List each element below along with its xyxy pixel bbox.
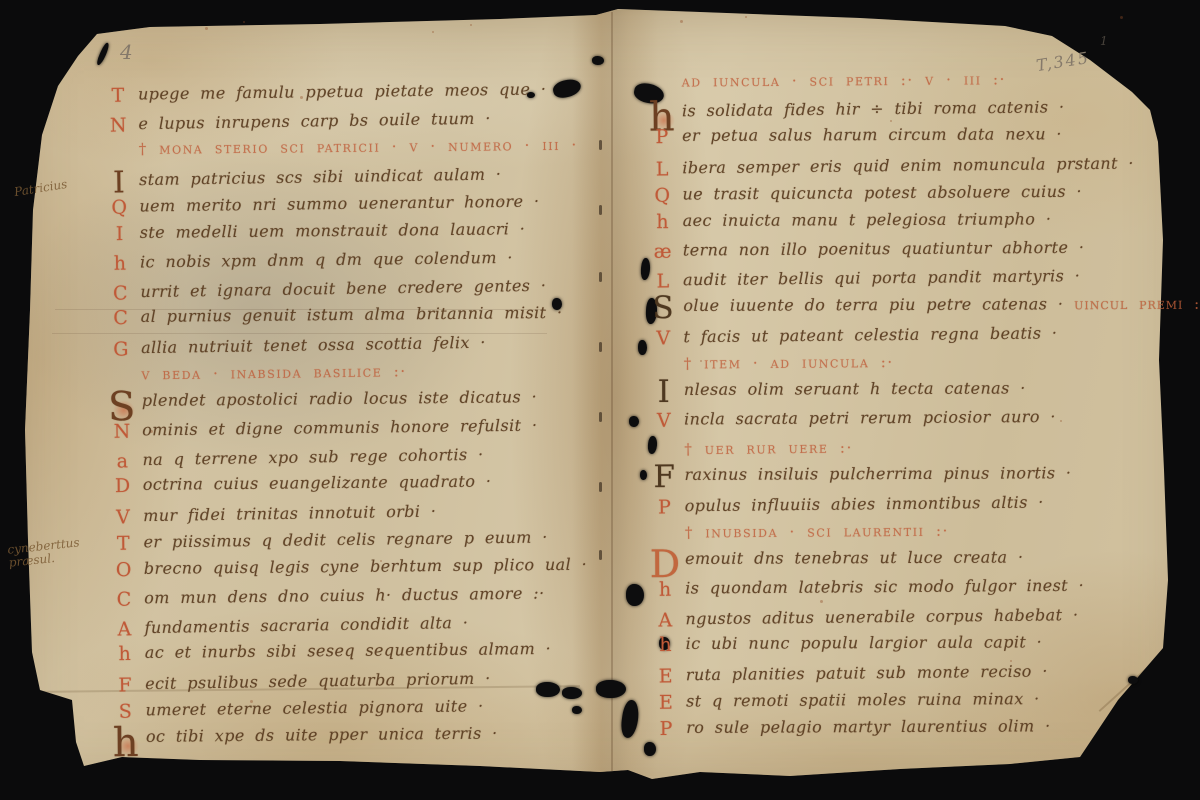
verse-text: ste medelli uem monstrauit dona lauacri …: [140, 219, 526, 242]
verse-text: er petua salus harum circum data nexu ·: [682, 125, 1062, 146]
verse-text: ic ubi nunc populu largior aula capit ·: [686, 632, 1043, 653]
rubric-line: † item · ad iuncula :·: [648, 350, 1153, 382]
stain-speck: [1120, 16, 1123, 19]
corner-numeral: 1: [1100, 34, 1108, 48]
versal-initial: h: [109, 645, 141, 664]
right-page-text: ad iuncula · sci petri :· v · iii :·his …: [646, 68, 1156, 748]
folio-number: 4: [120, 40, 133, 64]
parchment-hole: [638, 340, 647, 355]
verse-text: t facis ut pateant celestia regna beatis…: [683, 323, 1057, 346]
parchment-hole: [596, 680, 626, 698]
verse-text: uem merito nri summo uenerantur honore ·: [139, 192, 539, 216]
verse-text: emouit dns tenebras ut luce creata ·: [685, 548, 1023, 568]
versal-initial: h: [649, 581, 681, 600]
left-page-text: Tupege me famulu ppetua pietate meos que…: [102, 79, 580, 757]
stitch-slit: [599, 550, 602, 560]
verse-text: opulus influuiis abies inmontibus altis …: [685, 492, 1044, 515]
verse-text: om mun dens dno cuius h· ductus amore :·: [144, 584, 545, 608]
versal-initial: a: [106, 452, 138, 472]
verse-text: ue trasit quicuncta potest absoluere cui…: [682, 181, 1082, 203]
verse-line: Inlesas olim seruant h tecta catenas ·: [648, 378, 1153, 408]
versal-initial: P: [646, 128, 678, 147]
verse-line: Cal purnius genuit istum alma britannia …: [105, 303, 575, 336]
verse-text: ngustos aditus uenerabile corpus habebat…: [685, 605, 1078, 628]
versal-initial: D: [649, 545, 681, 583]
verse-text: aec inuicta manu t pelegiosa triumpho ·: [683, 209, 1052, 230]
versal-initial: C: [105, 309, 137, 328]
rubric-text: † uer rur uere :·: [684, 439, 853, 459]
versal-initial: P: [649, 498, 681, 517]
verse-line: Obrecno quisq legis cyne berhtum sup pli…: [108, 555, 578, 588]
verse-text: ro sule pelagio martyr laurentius olim ·: [686, 717, 1050, 738]
versal-initial: O: [108, 561, 140, 580]
verse-text: ecit psulibus sede quaturba priorum ·: [145, 669, 491, 693]
verse-text: umeret eterne celestia pignora uite ·: [145, 696, 483, 719]
rubric-line: † mona sterio sci patricii · v · numero …: [103, 135, 573, 168]
rubric-text: † inubsida · sci laurentii :·: [685, 522, 949, 542]
versal-initial: I: [103, 168, 135, 198]
versal-initial: Q: [646, 186, 678, 205]
verse-text: ac et inurbs sibi seseq sequentibus alma…: [145, 639, 551, 662]
verse-line: Vincla sacrata petri rerum pciosior auro…: [648, 406, 1153, 438]
parchment-hole: [626, 584, 644, 606]
verse-text: olue iuuente do terra piu petre catenas …: [683, 294, 1063, 315]
verse-line: Que trasit quicuncta potest absoluere cu…: [646, 181, 1151, 213]
versal-initial: Q: [103, 198, 135, 217]
verse-text: st q remoti spatii moles ruina minax ·: [686, 689, 1040, 710]
verse-line: Iste medelli uem monstrauit dona lauacri…: [104, 219, 574, 252]
verse-text: oc tibi xpe ds uite pper unica terris ·: [146, 724, 498, 746]
verse-text: ic nobis xpm dnm q dm que colendum ·: [140, 248, 513, 272]
verse-text: plendet apostolici radio locus iste dica…: [142, 387, 537, 410]
versal-initial: C: [108, 590, 140, 609]
verse-text: is solidata fides hir ÷ tibi roma cateni…: [682, 97, 1065, 120]
fold-line: [611, 12, 613, 774]
verse-line: hoc tibi xpe ds uite pper unica terris ·: [110, 723, 580, 756]
versal-initial: h: [110, 723, 142, 763]
versal-initial: N: [102, 116, 134, 136]
stitch-slit: [599, 482, 602, 492]
versal-initial: T: [102, 87, 134, 106]
verse-text: raxinus insiluis pulcherrima pinus inort…: [684, 463, 1071, 484]
verse-line: Splendet apostolici radio locus iste dic…: [106, 387, 576, 420]
versal-initial: æ: [647, 243, 679, 262]
verse-line: hic ubi nunc populu largior aula capit ·: [650, 632, 1155, 662]
verse-text: mur fidei trinitas innotuit orbi ·: [143, 502, 436, 526]
versal-initial: I: [104, 225, 136, 244]
parchment-hole: [640, 470, 647, 480]
versal-initial: h: [647, 213, 679, 232]
versal-initial: N: [106, 422, 138, 441]
verse-line: hac et inurbs sibi seseq sequentibus alm…: [109, 639, 579, 672]
stain-speck: [243, 21, 245, 23]
manuscript-photo: Tupege me famulu ppetua pietate meos que…: [0, 0, 1200, 800]
versal-initial: E: [650, 667, 682, 686]
versal-initial: L: [646, 160, 678, 179]
stitch-slit: [599, 272, 602, 282]
stitch-slit: [599, 140, 602, 150]
versal-initial: V: [648, 412, 680, 431]
versal-initial: V: [647, 329, 679, 348]
verse-line: haec inuicta manu t pelegiosa triumpho ·: [647, 209, 1152, 239]
versal-initial: F: [109, 676, 141, 696]
stitch-slit: [599, 205, 602, 215]
verse-line: his quondam latebris sic modo fulgor ine…: [649, 576, 1154, 608]
versal-initial: T: [107, 534, 139, 553]
versal-initial: D: [107, 477, 139, 496]
verse-text: ominis et digne communis honore refulsit…: [142, 416, 538, 440]
verse-text: brecno quisq legis cyne berhtum sup plic…: [144, 555, 587, 578]
verse-line: Fraxinus insiluis pulcherrima pinus inor…: [648, 463, 1153, 493]
stitch-slit: [599, 412, 602, 422]
versal-initial: S: [109, 702, 141, 721]
verse-line: Doctrina cuius euangelizante quadrato ·: [107, 471, 577, 504]
verse-text: upege me famulu ppetua pietate meos que …: [138, 79, 546, 103]
verse-line: Demouit dns tenebras ut luce creata ·: [649, 547, 1154, 577]
verse-line: Pro sule pelagio martyr laurentius olim …: [650, 716, 1155, 746]
verse-text: e lupus inrupens carp bs ouile tuum ·: [138, 109, 491, 134]
rubric-text: ad iuncula · sci petri :· v · iii :·: [682, 70, 1006, 90]
verse-text: audit iter bellis qui porta pandit marty…: [683, 266, 1080, 289]
verse-text: er piissimus q dedit celis regnare p euu…: [143, 527, 547, 551]
inline-rubric-text: uincul premi :·: [1063, 294, 1200, 313]
versal-initial: F: [648, 462, 680, 493]
versal-initial: P: [650, 720, 682, 739]
stitch-slit: [599, 342, 602, 352]
verse-line: Per petua salus harum circum data nexu ·: [646, 124, 1151, 154]
verse-text: is quondam latebris sic modo fulgor ines…: [685, 576, 1084, 598]
rubric-text: † mona sterio sci patricii · v · numero …: [139, 136, 578, 158]
versal-initial: h: [104, 254, 136, 273]
versal-initial: h: [650, 636, 682, 655]
rubric-text: v beda · inabsida basilice :·: [141, 362, 406, 383]
verse-text: ibera semper eris quid enim nomuncula pr…: [682, 153, 1134, 177]
versal-initial: C: [104, 284, 136, 304]
versal-initial: A: [649, 611, 681, 630]
versal-initial: G: [105, 340, 137, 360]
parchment-hole: [592, 56, 604, 65]
verse-text: incla sacrata petri rerum pciosior auro …: [684, 407, 1056, 429]
rubric-line: † inubsida · sci laurentii :·: [649, 519, 1154, 551]
verse-text: ruta planities patuit sub monte reciso ·: [686, 661, 1048, 684]
verse-text: terna non illo poenitus quatiuntur abhor…: [683, 238, 1085, 260]
versal-initial: E: [650, 694, 682, 713]
verse-line: Solue iuuente do terra piu petre catenas…: [647, 293, 1152, 323]
versal-initial: V: [107, 508, 139, 528]
versal-initial: S: [647, 292, 679, 323]
rubric-text: † item · ad iuncula :·: [684, 353, 894, 372]
versal-initial: A: [108, 620, 140, 640]
verse-text: octrina cuius euangelizante quadrato ·: [143, 472, 492, 494]
verse-text: allia nutriuit tenet ossa scottia felix …: [141, 333, 486, 357]
parchment-hole: [629, 416, 639, 427]
rubric-line: ad iuncula · sci petri :· v · iii :·: [646, 68, 1151, 100]
verse-text: stam patricius scs sibi uindicat aulam ·: [139, 164, 502, 189]
verse-line: æterna non illo poenitus quatiuntur abho…: [647, 237, 1152, 269]
verse-text: al purnius genuit istum alma britannia m…: [141, 303, 563, 326]
verse-text: na q terrene xpo sub rege cohortis ·: [142, 445, 483, 469]
versal-initial: I: [648, 377, 680, 408]
verse-text: fundamentis sacraria condidit alta ·: [144, 613, 468, 637]
verse-text: nlesas olim seruant h tecta catenas ·: [684, 379, 1026, 399]
